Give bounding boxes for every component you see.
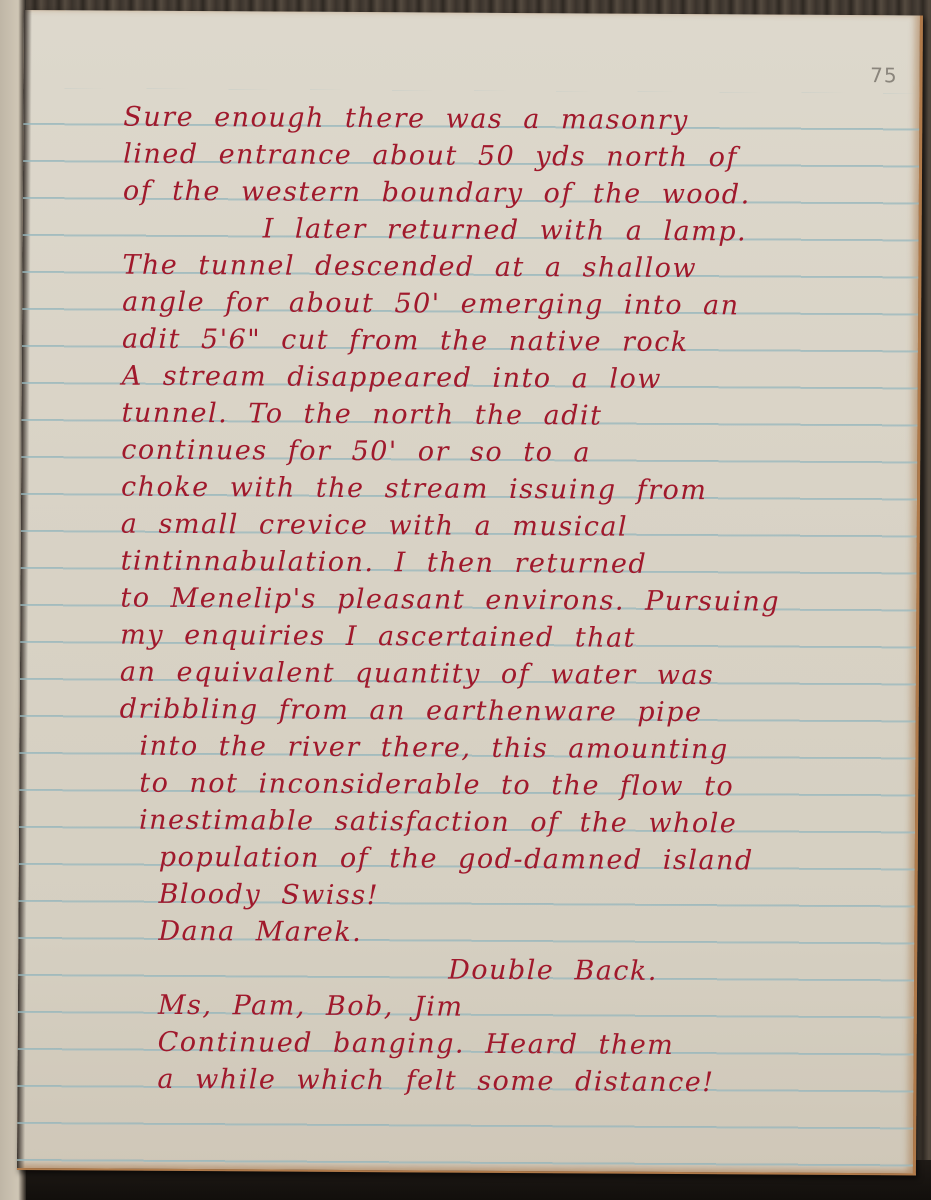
entry-line: a small crevice with a musical [121, 506, 891, 548]
footer-party-members: Ms, Pam, Bob, Jim [118, 987, 888, 1029]
entry-line: The tunnel descended at a shallow [122, 247, 892, 289]
entry-line: A stream disappeared into a low [122, 358, 892, 400]
entry-line: I later returned with a lamp. [123, 210, 893, 252]
footer-location: Dana Marek. [118, 913, 888, 955]
footer-note-line: Continued banging. Heard them [118, 1024, 888, 1066]
entry-line: angle for about 50' emerging into an [122, 284, 892, 326]
entry-line: inestimable satisfaction of the whole [119, 802, 889, 844]
entry-line: my enquiries I ascertained that [120, 617, 890, 659]
entry-line: dribbling from an earthenware pipe [120, 691, 890, 733]
entry-line: Bloody Swiss! [118, 876, 888, 918]
entry-line: adit 5'6" cut from the native rock [122, 321, 892, 363]
entry-line: continues for 50' or so to a [121, 432, 891, 474]
entry-line: to Menelip's pleasant environs. Pursuing [120, 580, 890, 622]
entry-line: population of the god-damned island [119, 839, 889, 881]
entry-line: choke with the stream issuing from [121, 469, 891, 511]
entry-line: lined entrance about 50 yds north of [123, 136, 893, 178]
footer-note-line: a while which felt some distance! [117, 1061, 887, 1103]
entry-line: Sure enough there was a masonry [123, 99, 893, 141]
notebook-page: 75 Sure enough there was a masonry lined… [17, 10, 923, 1175]
handwritten-entry: Sure enough there was a masonry lined en… [117, 99, 893, 1103]
entry-line: into the river there, this amounting [119, 728, 889, 770]
page-number: 75 [870, 63, 898, 87]
entry-line: tintinnabulation. I then returned [121, 543, 891, 585]
footer-cave-name: Double Back. [118, 950, 888, 992]
entry-line: tunnel. To the north the adit [121, 395, 891, 437]
entry-line: to not inconsiderable to the flow to [119, 765, 889, 807]
entry-line: an equivalent quantity of water was [120, 654, 890, 696]
entry-line: of the western boundary of the wood. [123, 173, 893, 215]
